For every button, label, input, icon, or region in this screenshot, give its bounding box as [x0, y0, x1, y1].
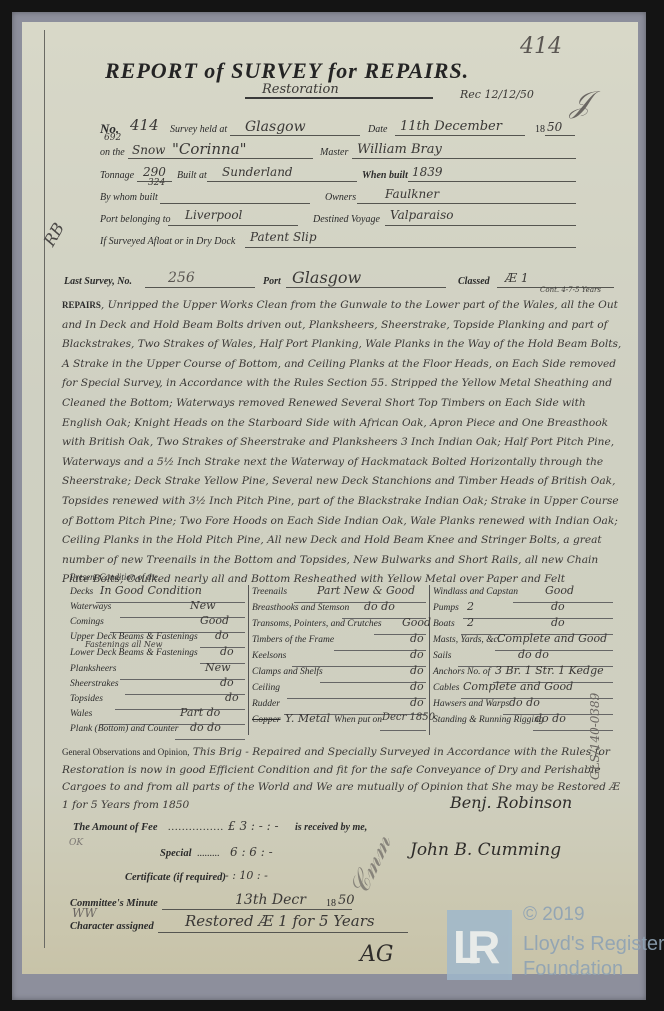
special-label: Special [160, 848, 192, 859]
on-the-label: on the [100, 147, 125, 158]
condition-row-treenails: TreenailsPart New & Good [252, 587, 426, 603]
last-survey-value: 256 [168, 270, 195, 286]
row-value: Part New & Good [317, 584, 415, 597]
row-value: do [410, 648, 424, 661]
row-value: Good [200, 614, 229, 627]
when-put-on-value: Decr 1850 [382, 712, 435, 723]
condition-row-timbers: Timbers of the Framedo [252, 635, 426, 651]
row-label: Decks [70, 587, 93, 597]
when-put-on-label: When put on [334, 715, 382, 725]
row-label: Cables [433, 683, 459, 693]
row-value: do [410, 664, 424, 677]
afloat-line [245, 247, 576, 248]
row-label: Sheerstrakes [70, 679, 119, 689]
row-label: Treenails [252, 587, 287, 597]
row-label: Hawsers and Warps [433, 699, 509, 709]
row-value: Good [402, 616, 431, 629]
voyage-value: Valparaiso [390, 208, 454, 222]
repairs-label: REPAIRS [62, 300, 101, 310]
watermark-org-line1: Lloyd's Register [523, 933, 664, 956]
committee-minute-line [162, 909, 352, 910]
margin-rule [44, 30, 45, 948]
when-built-value: 1839 [412, 165, 443, 179]
row-value: do [215, 629, 229, 642]
last-survey-port-value: Glasgow [292, 268, 361, 287]
row-value: do do [190, 721, 221, 734]
row-value: Good [545, 584, 574, 597]
row-label: Masts, Yards, &c. [433, 635, 500, 645]
character-assigned-label: Character assigned [70, 921, 154, 932]
survey-held-value: Glasgow [245, 119, 306, 135]
special-value: 6 : 6 : - [230, 845, 273, 859]
character-assigned-value: Restored Æ 1 for 5 Years [185, 912, 375, 930]
row-value: do do [535, 712, 566, 725]
vessel-type: Snow [132, 143, 165, 157]
column-divider-1 [248, 585, 249, 735]
row-value: do [220, 645, 234, 658]
last-survey-label: Last Survey, No. [64, 276, 132, 287]
row-label: Topsides [70, 694, 103, 704]
condition-row-transoms: Transoms, Pointers, and CrutchesGood [252, 619, 426, 635]
row-value: do [551, 600, 565, 613]
fee-margin-note: OK [69, 838, 83, 848]
owners-label: Owners [325, 192, 356, 203]
built-at-label: Built at [177, 170, 207, 181]
last-survey-line [145, 287, 255, 288]
condition-heading: Present Condition of the [70, 572, 158, 582]
last-survey-port-line [286, 287, 446, 288]
by-whom-built-label: By whom built [100, 192, 158, 203]
certificate-value: - : 10 : - [225, 869, 268, 882]
classed-label: Classed [458, 276, 490, 287]
row-label: Anchors No. of [433, 667, 490, 677]
certificate-label: Certificate (if required) [125, 872, 226, 883]
row-value: do do [518, 648, 549, 661]
condition-row-breasthooks: Breasthooks and Stemsondo do [252, 603, 426, 619]
owners-line [357, 203, 576, 204]
row-label: Sails [433, 651, 451, 661]
subtitle-underline [245, 97, 433, 99]
row-label: Ceiling [252, 683, 280, 693]
fee-dots: ................ [168, 822, 224, 833]
row-value: do [410, 696, 424, 709]
voyage-line [385, 225, 576, 226]
row-value: do [551, 616, 565, 629]
committee-minute-year: 50 [338, 893, 355, 908]
row-label: Windlass and Capstan [433, 587, 518, 597]
master-value: William Bray [357, 142, 442, 157]
boats-count: 2 [467, 616, 474, 629]
master-line [352, 158, 576, 159]
classed-note: Cont. 4-7-5 Years [540, 286, 601, 294]
row-label: Transoms, Pointers, and Crutches [252, 619, 382, 629]
row-label: Boats [433, 619, 455, 629]
row-label: Keelsons [252, 651, 286, 661]
row-value: Y. Metal [285, 712, 330, 725]
fee-received-text: is received by me, [295, 822, 367, 833]
received-note: Rec 12/12/50 [460, 88, 534, 101]
row-value: do [220, 676, 234, 689]
row-label: Pumps [433, 603, 459, 613]
row-value: Complete and Good [463, 680, 573, 693]
row-label: Clamps and Shelfs [252, 667, 323, 677]
fee-value: £ 3 : - : - [228, 819, 279, 833]
lr-logo-icon: LR [447, 910, 512, 980]
row-label: Comings [70, 617, 104, 627]
condition-row-pumps: Pumps2do [433, 603, 613, 619]
condition-row-sheerstrakes: Sheerstrakesdo [70, 679, 245, 695]
repairs-section: REPAIRS, Unripped the Upper Works Clean … [62, 296, 622, 590]
built-at-value: Sunderland [222, 165, 293, 179]
voyage-label: Destined Voyage [313, 214, 380, 225]
condition-row-clamps: Clamps and Shelfsdo [252, 667, 426, 683]
condition-row-planksheers: PlanksheersNew [70, 664, 245, 680]
year-line [545, 135, 575, 136]
row-label: Breasthooks and Stemson [252, 603, 349, 613]
row-value: New [190, 599, 216, 612]
row-value: do [410, 632, 424, 645]
row-value: 3 Br. 1 Str. 1 Kedge [495, 664, 604, 677]
row-value: Part do [180, 706, 220, 719]
afloat-value: Patent Slip [250, 230, 317, 244]
last-survey-port-label: Port [263, 276, 281, 287]
condition-row-hawsers: Hawsers and Warpsdo do [433, 699, 613, 715]
character-assigned-line [158, 932, 408, 933]
port-label: Port belonging to [100, 214, 171, 225]
classed-value: Æ 1 [505, 271, 528, 285]
row-label: Planksheers [70, 664, 116, 674]
port-line [168, 225, 298, 226]
tonnage-label: Tonnage [100, 170, 134, 181]
when-built-label: When built [362, 170, 408, 181]
pumps-count: 2 [467, 600, 474, 613]
no-sub-value: 692 [104, 133, 121, 143]
surveyor-signature: Benj. Robinson [450, 793, 572, 812]
logo-letters: LR [453, 920, 486, 974]
observations-label: General Observations and Opinion, [62, 747, 189, 757]
survey-held-line [230, 135, 360, 136]
row-value: New [205, 661, 231, 674]
corner-initials-mark: 𝒥 [570, 85, 591, 120]
year-value: 50 [547, 120, 562, 134]
tonnage-alt-value: 324 [148, 178, 165, 188]
special-dots: ......... [197, 848, 220, 859]
committee-initials: WW [72, 906, 97, 920]
survey-held-label: Survey held at [170, 124, 227, 135]
row-label: Rudder [252, 699, 280, 709]
vessel-name: "Corinna" [172, 140, 247, 158]
condition-row-decks: DecksIn Good Condition [70, 587, 245, 603]
watermark-copyright: © 2019 [523, 904, 585, 926]
title-text: REPORT of SURVEY for REPAIRS. [105, 58, 469, 83]
row-value: do [410, 680, 424, 693]
archive-reference: GLS/140-0389 [588, 693, 602, 780]
row-value: do do [364, 600, 395, 613]
row-label: Wales [70, 709, 92, 719]
no-value: 414 [130, 116, 159, 134]
vessel-line [128, 158, 313, 159]
owners-value: Faulkner [385, 187, 439, 201]
subtitle-restoration: Restoration [262, 82, 339, 97]
master-label: Master [320, 147, 348, 158]
row-value: In Good Condition [100, 584, 202, 597]
afloat-label: If Surveyed Afloat or in Dry Dock [100, 236, 235, 247]
row-label: Standing & Running Rigging [433, 715, 544, 725]
row-label: Lower Deck Beams & Fastenings [70, 648, 198, 658]
row-value: Complete and Good [497, 632, 607, 645]
port-value: Liverpool [185, 208, 242, 222]
row-value: do do [509, 696, 540, 709]
row-value: do [225, 691, 239, 704]
receiver-signature: John B. Cumming [410, 840, 561, 860]
date-line [395, 135, 525, 136]
condition-row-rigging: Standing & Running Riggingdo do [433, 715, 613, 731]
committee-minute-year-prefix: 18 [326, 898, 336, 909]
by-whom-built-line [160, 203, 310, 204]
condition-row-copper: CopperY. MetalWhen put onDecr 1850 [252, 715, 426, 731]
row-label: Copper [252, 715, 281, 725]
row-label: Waterways [70, 602, 111, 612]
fee-label: The Amount of Fee [73, 822, 158, 833]
repairs-text: Unripped the Upper Works Clean from the … [62, 299, 621, 585]
condition-row-plank-bottom: Plank (Bottom) and Counterdo do [70, 724, 245, 740]
page-title: REPORT of SURVEY for REPAIRS. [105, 58, 469, 84]
watermark-org-line2: Foundation [523, 958, 623, 981]
tonnage-value: 290 [143, 165, 166, 179]
corner-number: 414 [520, 34, 562, 59]
date-value: 11th December [400, 119, 502, 134]
when-built-line [408, 181, 576, 182]
condition-row-ceiling: Ceilingdo [252, 683, 426, 699]
row-label: Timbers of the Frame [252, 635, 334, 645]
condition-row-windlass: Windlass and CapstanGood [433, 587, 613, 603]
condition-row-keelsons: Keelsonsdo [252, 651, 426, 667]
committee-signature: AG [360, 942, 393, 967]
committee-minute-value: 13th Decr [235, 892, 306, 908]
row-label: Plank (Bottom) and Counter [70, 724, 178, 734]
year-prefix: 18 [535, 124, 545, 135]
built-at-line [207, 181, 357, 182]
date-label: Date [368, 124, 387, 135]
